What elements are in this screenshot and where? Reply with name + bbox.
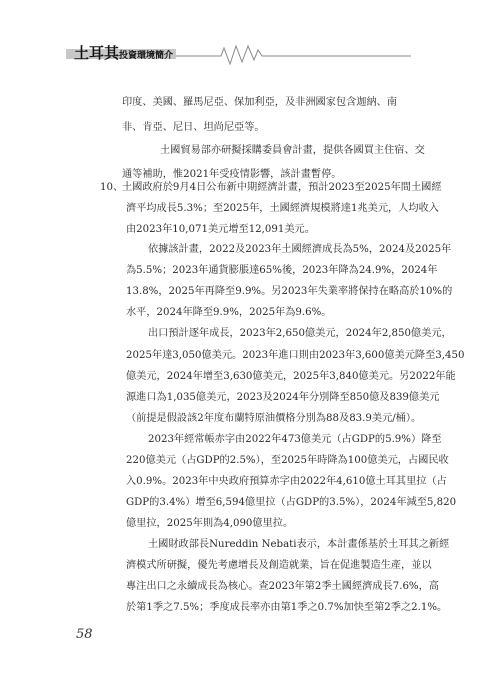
text-line: 入0.9%。2023年中央政府預算赤字由2022年4,610億土耳其里拉（占 <box>126 475 447 489</box>
text-line: 通等補助，惟2021年受疫情影響，該計畫暫停。 <box>122 168 342 182</box>
text-line: 土國貿易部亦研擬採購委員會計畫，提供各國買主住宿、交 <box>160 144 425 158</box>
text-line: 源進口為1,035億美元，2023及2024年分別降至850億及839億美元 <box>126 391 439 405</box>
page-number: 58 <box>76 627 93 642</box>
text-line: 為5.5%；2023年通貨膨脹達65%後，2023年降為24.9%，2024年 <box>126 264 437 278</box>
text-line: 土國財政部長Nureddin Nebati表示，本計畫係基於土耳其之新經 <box>148 538 449 552</box>
text-line: （前提是假設該2年度布蘭特原油價格分別為88及83.9美元/桶）。 <box>126 412 421 426</box>
text-line: 220億美元（占GDP的2.5%），至2025年時降為100億美元，占國民收 <box>126 454 449 468</box>
text-line: 於第1季之7.5%；季度成長率亦由第1季之0.7%加快至第2季之2.1%。 <box>126 601 447 615</box>
running-header: 土耳其投資環境簡介 <box>66 40 416 62</box>
text-line: 由2023年10,071美元增至12,091美元。 <box>126 223 315 237</box>
text-line: 非、肯亞、尼日、坦尚尼亞等。 <box>122 121 265 135</box>
text-line: 專注出口之永續成長為核心。查2023年第2季土國經濟成長7.6%，高 <box>126 580 439 594</box>
text-line: 出口預計逐年成長，2023年2,650億美元，2024年2,850億美元， <box>148 327 452 341</box>
header-title: 土耳其投資環境簡介 <box>74 42 173 63</box>
header-title-main: 土耳其 <box>74 44 119 62</box>
text-line: 印度、美國、羅馬尼亞、保加利亞，及非洲國家包含迦納、南 <box>122 96 397 110</box>
text-line: 水平，2024年降至9.9%，2025年為9.6%。 <box>126 306 332 320</box>
text-line: 億里拉，2025年則為4,090億里拉。 <box>126 517 293 531</box>
header-title-sub: 投資環境簡介 <box>119 51 173 61</box>
text-line: 2025年達3,050億美元。2023年進口則由2023年3,600億美元降至3… <box>126 349 464 363</box>
text-line: 依據該計畫，2022及2023年土國經濟成長為5%，2024及2025年 <box>148 243 451 257</box>
text-line: GDP的3.4%）增至6,594億里拉（占GDP的3.5%），2024年減至5,… <box>126 496 456 510</box>
text-line: 濟模式所研擬，優先考慮增長及創造就業，旨在促進製造生產，並以 <box>126 559 432 573</box>
list-marker: 10、 <box>100 181 123 195</box>
text-line: 億美元，2024年增至3,630億美元，2025年3,840億美元。另2022年… <box>126 370 456 384</box>
text-line: 濟平均成長5.3%；至2025年，土國經濟規模將達1兆美元，人均收入 <box>126 202 439 216</box>
text-line: 土國政府於9月4日公布新中期經濟計畫，預計2023至2025年間土國經 <box>122 181 442 195</box>
text-line: 13.8%，2025年再降至9.9%。另2023年失業率將保持在略高於10%的 <box>126 285 452 299</box>
text-line: 2023年經常帳赤字由2022年473億美元（占GDP的5.9%）降至 <box>148 433 442 447</box>
